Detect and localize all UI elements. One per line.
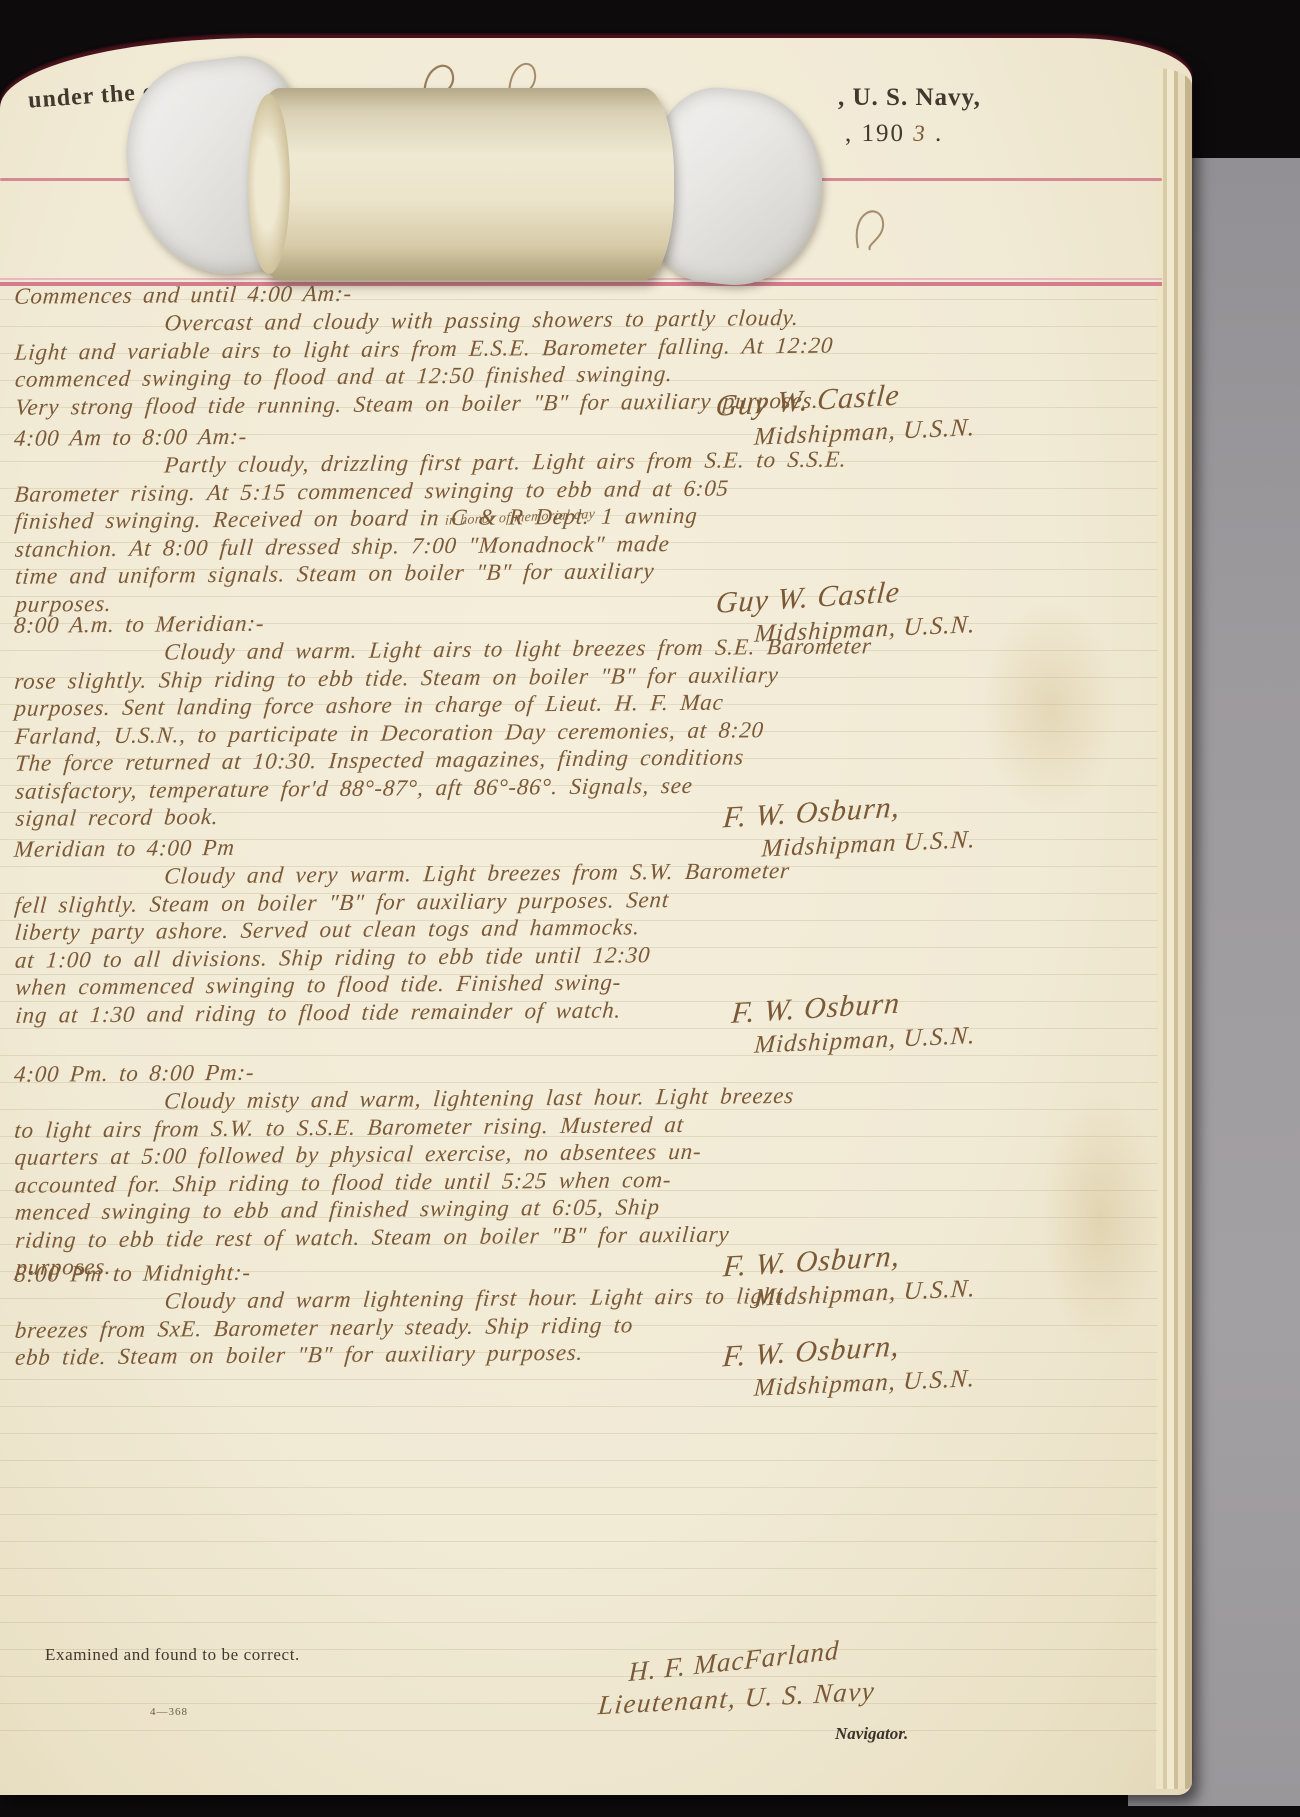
printed-header-us-navy: , U. S. Navy, (838, 84, 981, 112)
logbook-page: under the com , U. S. Navy, , 190 3 . Co… (0, 38, 1192, 1795)
examined-stamp-text: Examined and found to be correct. (45, 1645, 300, 1665)
year-digit-handwritten: 3 (913, 121, 927, 146)
printed-header-year: , 190 3 . (845, 120, 943, 148)
form-number: 4—368 (150, 1706, 188, 1718)
navigator-printed-label: Navigator. (835, 1724, 908, 1744)
log-entry: 8:00 Pm to Midnight:- Cloudy and warm li… (14, 1251, 1115, 1415)
log-entry: Meridian to 4:00 Pm Cloudy and very warm… (14, 826, 1116, 1073)
year-suffix: . (935, 120, 943, 147)
year-prefix: , 190 (845, 120, 905, 147)
logbook-photo: { "header": { "printed_left": "under the… (0, 0, 1300, 1817)
page-stack-edges (1156, 68, 1192, 1789)
rolled-paper-weight (250, 88, 674, 280)
